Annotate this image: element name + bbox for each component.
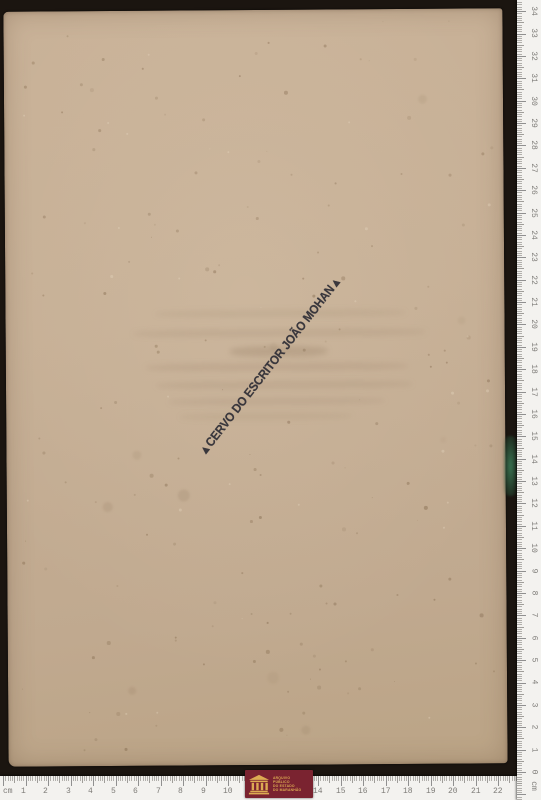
- ruler-number: 12: [529, 498, 537, 508]
- ruler-number: 32: [529, 51, 537, 61]
- ruler-number: 9: [529, 569, 537, 574]
- ruler-number: 25: [529, 208, 537, 218]
- ruler-number: 19: [529, 342, 537, 352]
- ruler-number: 13: [529, 476, 537, 486]
- ruler-number: 15: [529, 431, 537, 441]
- ruler-number: 6: [529, 636, 537, 641]
- ruler-number: 22: [529, 275, 537, 285]
- archive-emblem-text: ARQUIVOPÚBLICODO ESTADODO MARANHÃO: [273, 776, 301, 793]
- ruler-number: 17: [529, 387, 537, 397]
- ruler-vertical-cm: 0123456789101112131415161718192021222324…: [517, 0, 541, 800]
- ruler-number: 24: [529, 230, 537, 240]
- ruler-number: 18: [403, 788, 413, 796]
- ruler-number: 8: [529, 591, 537, 596]
- ruler-number: 4: [529, 680, 537, 685]
- ruler-number: 14: [313, 788, 323, 796]
- ruler-number: 30: [529, 96, 537, 106]
- ruler-number: 27: [529, 163, 537, 173]
- ruler-number: 23: [529, 252, 537, 262]
- ruler-number: 11: [529, 521, 537, 531]
- ruler-number: 28: [529, 140, 537, 150]
- archive-emblem: ARQUIVOPÚBLICODO ESTADODO MARANHÃO: [245, 770, 313, 798]
- ruler-number: 31: [529, 73, 537, 83]
- ruler-number: 14: [529, 454, 537, 464]
- scanner-bed: ▲CERVO DO ESCRITOR JOÃO MOHAN▲ cm1234567…: [0, 0, 541, 800]
- ruler-number: 10: [223, 788, 233, 796]
- ruler-number: 4: [88, 788, 93, 796]
- ruler-number: 22: [493, 788, 503, 796]
- ruler-number: 0: [529, 770, 537, 775]
- ruler-number: 33: [529, 28, 537, 38]
- classical-building-icon: [248, 774, 270, 795]
- ruler-number: 9: [201, 788, 206, 796]
- paper-foxing-speckles: [3, 8, 502, 11]
- ruler-number: 20: [448, 788, 458, 796]
- ruler-number: 3: [66, 788, 71, 796]
- ruler-number: 1: [21, 788, 26, 796]
- ruler-number: 2: [43, 788, 48, 796]
- ruler-number: 16: [529, 409, 537, 419]
- ink-bleedthrough: [3, 8, 502, 11]
- ruler-number: 21: [471, 788, 481, 796]
- scanner-bed-green-mark: [504, 436, 517, 496]
- ruler-number: 10: [529, 543, 537, 553]
- archive-emblem-line: DO MARANHÃO: [273, 788, 301, 792]
- ruler-number: 16: [358, 788, 368, 796]
- ruler-number: 1: [529, 748, 537, 753]
- ruler-number: 8: [178, 788, 183, 796]
- ruler-number: 20: [529, 319, 537, 329]
- ruler-number: 6: [133, 788, 138, 796]
- ruler-number: 21: [529, 297, 537, 307]
- ruler-number: 34: [529, 6, 537, 16]
- ruler-unit-label: cm: [529, 781, 537, 791]
- ruler-number: 7: [529, 613, 537, 618]
- ruler-number: 26: [529, 185, 537, 195]
- ruler-number: 15: [336, 788, 346, 796]
- ruler-number: 3: [529, 703, 537, 708]
- ruler-number: 18: [529, 364, 537, 374]
- ruler-number: 17: [381, 788, 391, 796]
- ruler-number: 5: [111, 788, 116, 796]
- ruler-number: 2: [529, 725, 537, 730]
- ruler-number: 29: [529, 118, 537, 128]
- ruler-number: 5: [529, 658, 537, 663]
- ruler-number: 7: [156, 788, 161, 796]
- ruler-number: 19: [426, 788, 436, 796]
- ruler-unit-label: cm: [3, 788, 13, 796]
